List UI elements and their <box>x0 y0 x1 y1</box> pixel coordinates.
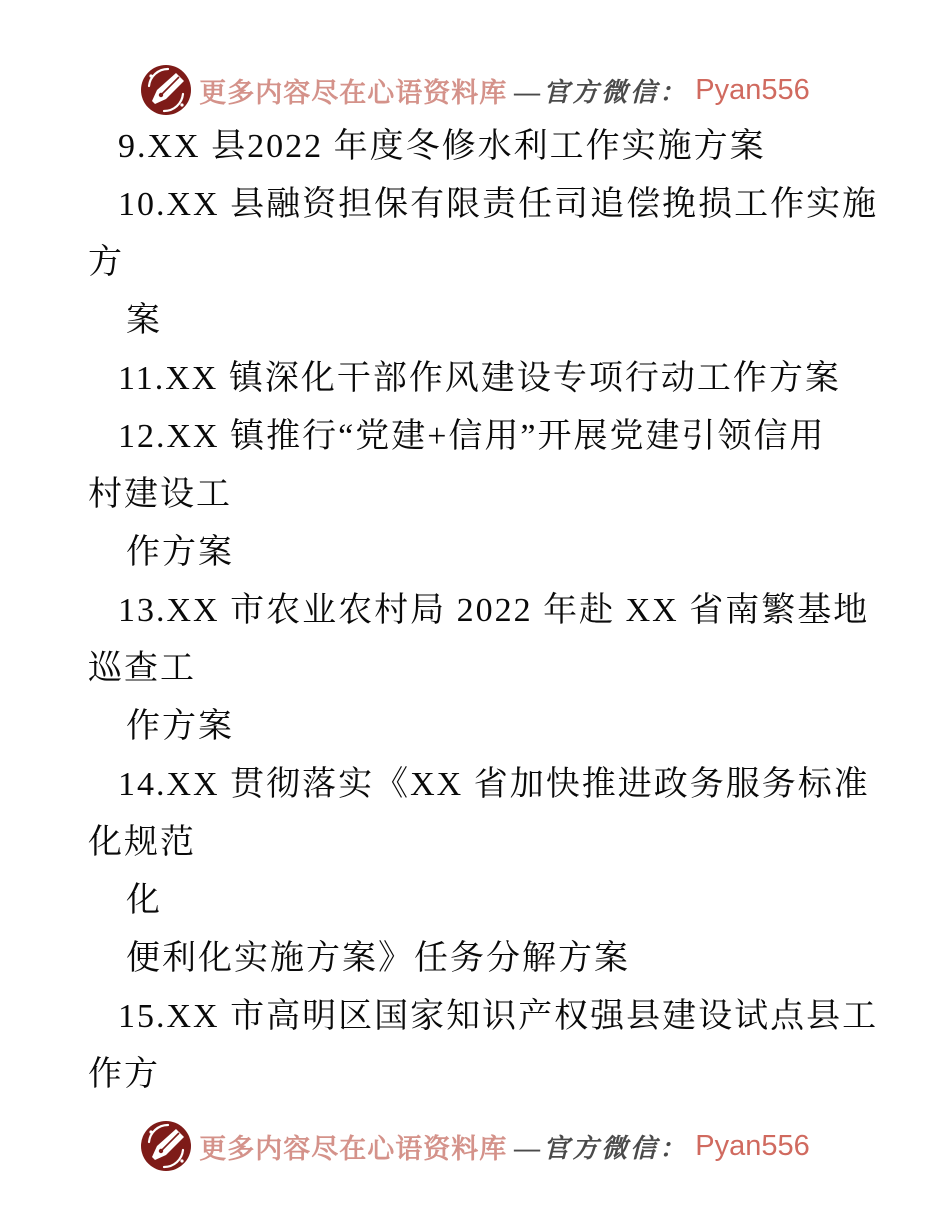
toc-line-continuation: 便利化实施方案》任务分解方案 <box>88 930 880 988</box>
header-watermark: 更多内容尽在心语资料库 —官方微信： Pyan556 <box>0 64 950 116</box>
toc-line-continuation: 案 <box>88 292 880 350</box>
toc-line: 12.XX 镇推行“党建+信用”开展党建引领信用 <box>88 408 880 466</box>
watermark-brand-text: 更多内容尽在心语资料库 <box>199 1127 507 1166</box>
toc-line: 14.XX 贯彻落实《XX 省加快推进政务服务标准 <box>88 756 880 814</box>
footer-watermark: 更多内容尽在心语资料库 —官方微信： Pyan556 <box>0 1120 950 1172</box>
watermark-official-label: —官方微信： <box>514 1128 688 1165</box>
brand-pen-logo-icon <box>140 64 192 116</box>
toc-line-continuation: 作方案 <box>88 524 880 582</box>
toc-line-continuation: 村建设工 <box>88 466 880 524</box>
toc-line-continuation: 作方 <box>88 1046 880 1104</box>
watermark-brand-text: 更多内容尽在心语资料库 <box>199 71 507 110</box>
toc-line: 13.XX 市农业农村局 2022 年赴 XX 省南繁基地 <box>88 582 880 640</box>
toc-line: 11.XX 镇深化干部作风建设专项行动工作方案 <box>88 350 880 408</box>
brand-pen-logo-icon <box>140 1120 192 1172</box>
watermark-official-label: —官方微信： <box>514 72 688 109</box>
toc-line: 10.XX 县融资担保有限责任司追偿挽损工作实施 <box>88 176 880 234</box>
toc-line-continuation: 化规范 <box>88 814 880 872</box>
watermark-wechat-id: Pyan556 <box>695 74 810 107</box>
toc-line: 15.XX 市高明区国家知识产权强县建设试点县工 <box>88 988 880 1046</box>
watermark-wechat-id: Pyan556 <box>695 1130 810 1163</box>
toc-line-continuation: 方 <box>88 234 880 292</box>
toc-line-continuation: 作方案 <box>88 698 880 756</box>
toc-line-continuation: 巡查工 <box>88 640 880 698</box>
toc-line: 9.XX 县2022 年度冬修水利工作实施方案 <box>88 118 880 176</box>
toc-line-continuation: 化 <box>88 872 880 930</box>
toc-list: 9.XX 县2022 年度冬修水利工作实施方案 10.XX 县融资担保有限责任司… <box>88 118 880 1104</box>
document-page: 更多内容尽在心语资料库 —官方微信： Pyan556 9.XX 县2022 年度… <box>0 0 950 1230</box>
